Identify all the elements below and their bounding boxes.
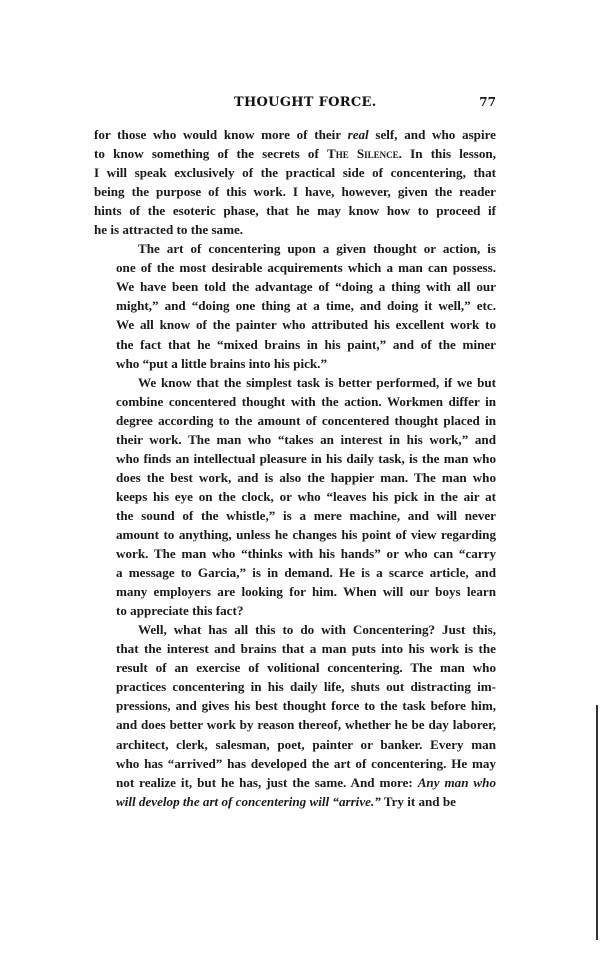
text-line: who has “arrived” has developed the art …	[94, 754, 496, 773]
text-line: hints of the esoteric phase, that he may…	[94, 201, 496, 220]
text-line: does the best work, and is also the happ…	[94, 468, 496, 487]
text-line: combine concentered thought with the act…	[94, 392, 496, 411]
text-line: practices concentering in his daily life…	[94, 677, 496, 696]
text-line: who finds an intellectual pleasure in hi…	[94, 449, 496, 468]
text-line: pressions, and gives his best thought fo…	[94, 696, 496, 715]
text-line: not realize it, but he has, just the sam…	[94, 773, 496, 792]
page-header: THOUGHT FORCE. 77	[94, 95, 496, 115]
text-line: work. The man who “thinks with his hands…	[94, 544, 496, 563]
text-line: their work. The man who “takes an intere…	[94, 430, 496, 449]
paragraph: Well, what has all this to do with Conce…	[94, 620, 496, 810]
text-line: the sound of the whistle,” is a mere mac…	[94, 506, 496, 525]
text-line: result of an exercise of volitional conc…	[94, 658, 496, 677]
text-line: to appreciate this fact?	[94, 601, 496, 620]
text-line: degree according to the amount of concen…	[94, 411, 496, 430]
text-line: he is attracted to the same.	[94, 220, 496, 239]
paragraph: for those who would know more of their r…	[94, 125, 496, 239]
text-line: We have been told the advantage of “doin…	[94, 277, 496, 296]
text-line: who “put a little brains into his pick.”	[94, 354, 496, 373]
text-line: a message to Garcia,” is in demand. He i…	[94, 563, 496, 582]
text-line: to know something of the secrets of The …	[94, 144, 496, 163]
italic-emphasis: real	[348, 127, 369, 142]
italic-emphasis: will develop the art of concentering wil…	[116, 794, 381, 809]
text-line: and does better work by reason thereof, …	[94, 715, 496, 734]
text-line: might,” and “doing one thing at a time, …	[94, 296, 496, 315]
text-line: amount to anything, unless he changes hi…	[94, 525, 496, 544]
scan-edge-rule	[596, 705, 598, 940]
text-line: many employers are looking for him. When…	[94, 582, 496, 601]
italic-emphasis: Any man who	[418, 775, 496, 790]
page-number: 77	[479, 95, 496, 109]
text-line: Well, what has all this to do with Conce…	[94, 620, 496, 639]
paragraph: The art of concentering upon a given tho…	[94, 239, 496, 372]
text-line: the fact that he “mixed brains in his pa…	[94, 335, 496, 354]
body-text: for those who would know more of their r…	[94, 125, 496, 811]
running-title: THOUGHT FORCE.	[234, 95, 377, 110]
small-caps-title: The Silence.	[327, 146, 402, 161]
text-line: I will speak exclusively of the practica…	[94, 163, 496, 182]
paragraph: We know that the simplest task is better…	[94, 373, 496, 621]
text-line: will develop the art of concentering wil…	[94, 792, 496, 811]
text-line: that the interest and brains that a man …	[94, 639, 496, 658]
text-line: architect, clerk, salesman, poet, painte…	[94, 735, 496, 754]
text-line: for those who would know more of their r…	[94, 125, 496, 144]
text-line: We all know of the painter who attribute…	[94, 315, 496, 334]
text-line: being the purpose of this work. I have, …	[94, 182, 496, 201]
text-line: The art of concentering upon a given tho…	[94, 239, 496, 258]
text-line: one of the most desirable acquirements w…	[94, 258, 496, 277]
text-line: We know that the simplest task is better…	[94, 373, 496, 392]
text-line: keeps his eye on the clock, or who “leav…	[94, 487, 496, 506]
